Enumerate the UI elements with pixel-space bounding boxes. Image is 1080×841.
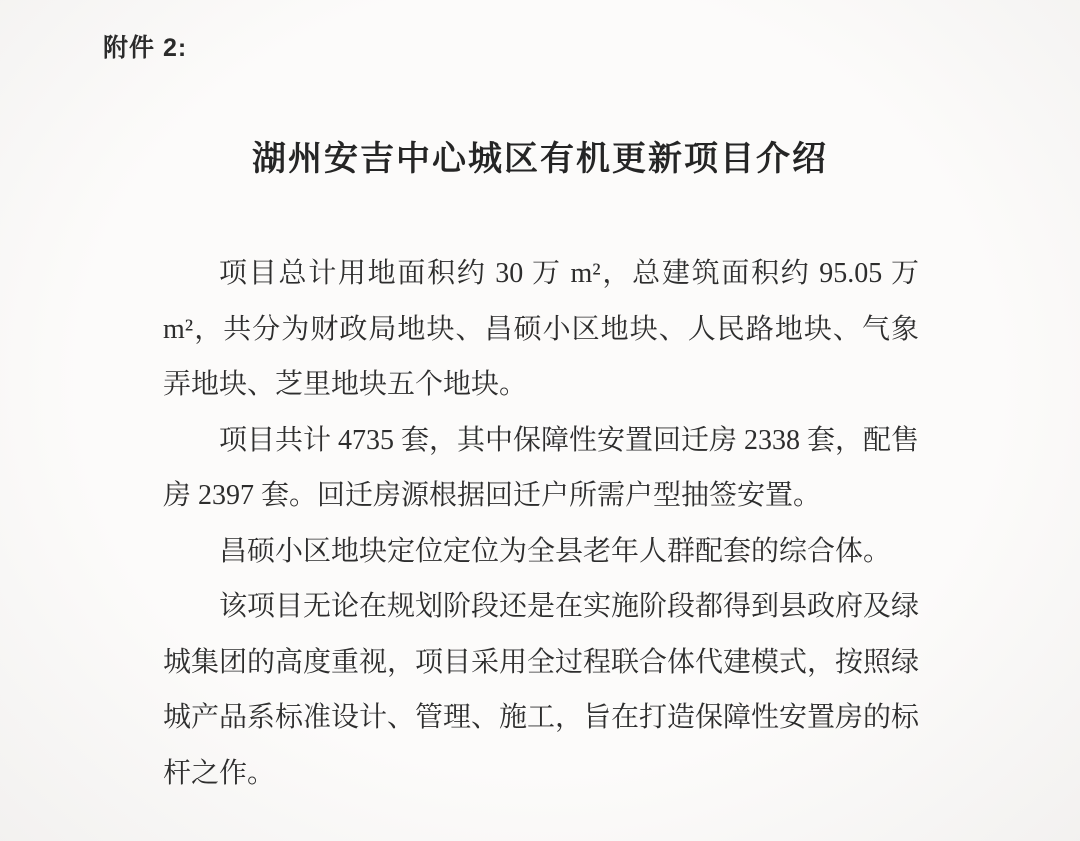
paragraph-housing-units: 项目共计 4735 套，其中保障性安置回迁房 2338 套，配售房 2397 套… [163,413,919,524]
attachment-label: 附件 2: [103,28,187,64]
paragraph-changshuo-positioning: 昌硕小区地块定位定位为全县老年人群配套的综合体。 [163,524,919,580]
paragraph-project-model: 该项目无论在规划阶段还是在实施阶段都得到县政府及绿城集团的高度重视，项目采用全过… [163,579,919,801]
document-page: 附件 2: 湖州安吉中心城区有机更新项目介绍 项目总计用地面积约 30 万 m²… [0,0,1080,841]
paragraph-project-area: 项目总计用地面积约 30 万 m²，总建筑面积约 95.05 万m²，共分为财政… [163,246,919,413]
document-body: 项目总计用地面积约 30 万 m²，总建筑面积约 95.05 万m²，共分为财政… [163,246,919,801]
document-title: 湖州安吉中心城区有机更新项目介绍 [0,131,1080,180]
